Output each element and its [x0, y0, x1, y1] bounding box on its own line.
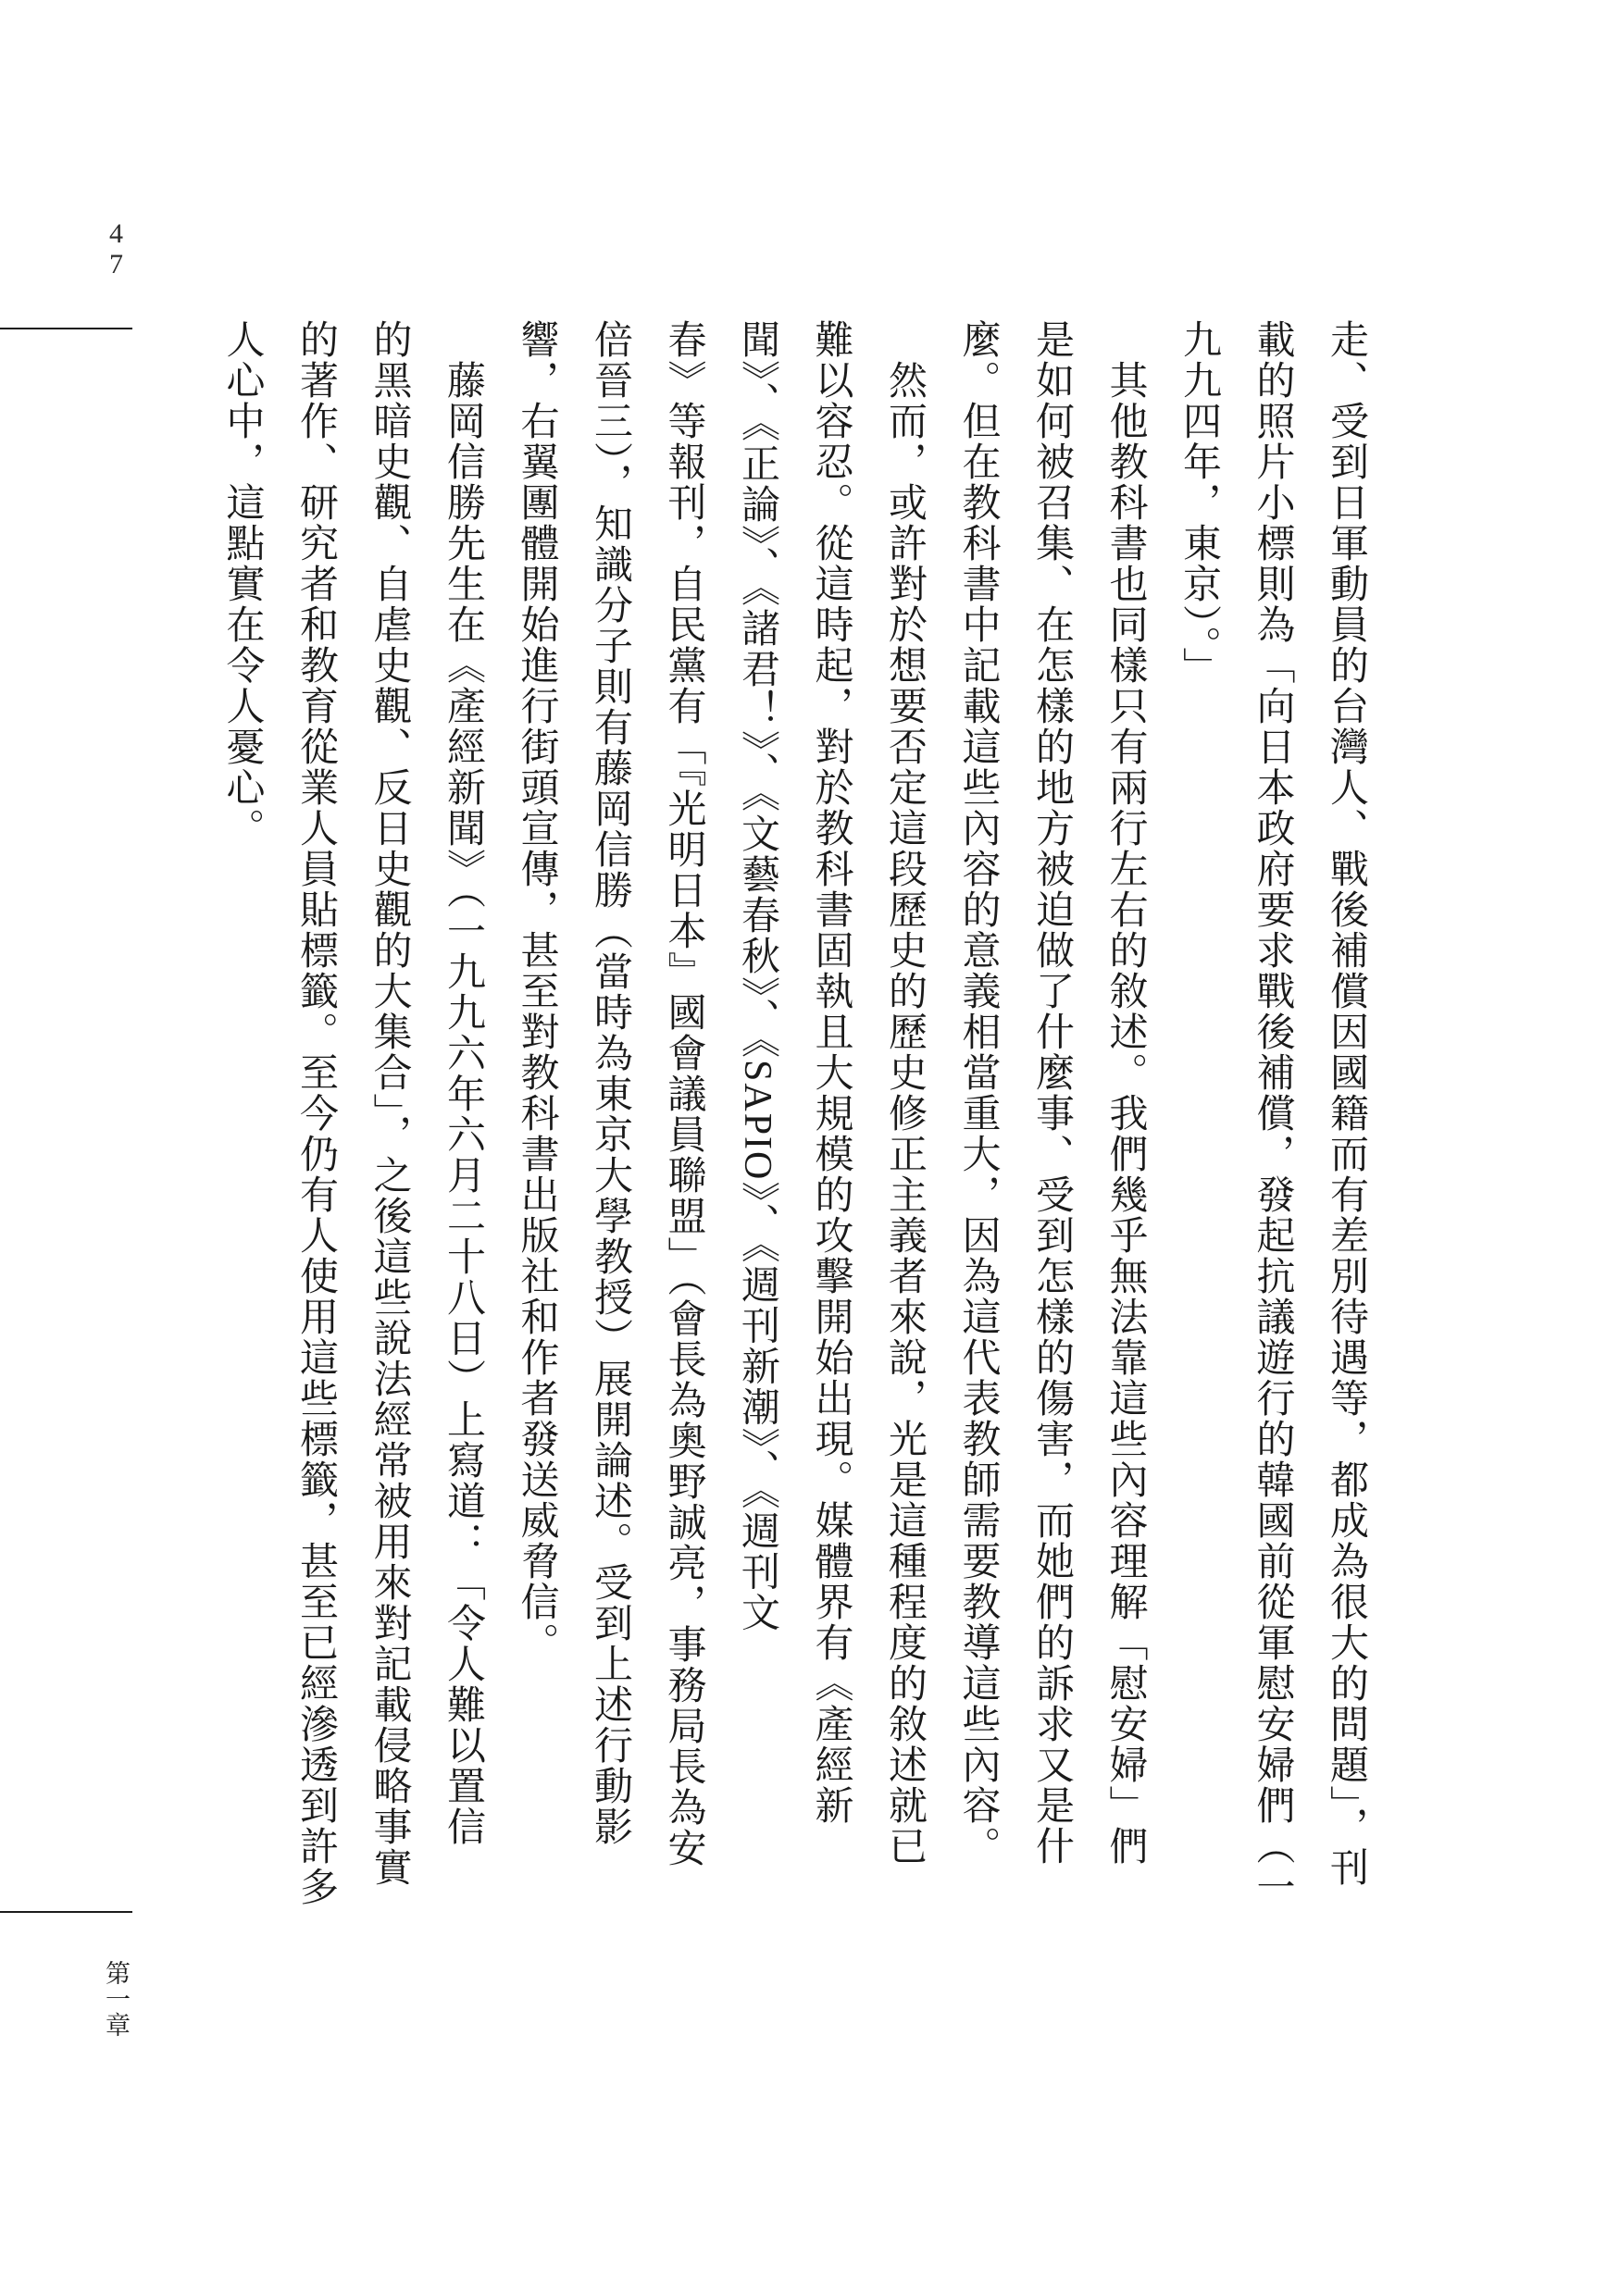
text-column: 聞》、《正論》、《諸君！》、《文藝春秋》、《SAPIO》、《週刊新潮》、《週刊文: [720, 319, 794, 1907]
text-column-paragraph-start: 然而，或許對於想要否定這段歷史的歷史修正主義者來說，光是這種程度的敘述就已: [867, 319, 941, 1948]
text-column: 的黑暗史觀、自虐史觀、反日史觀的大集合」，之後這些說法經常被用來對記載侵略事實: [352, 319, 426, 1907]
text-column: 麼。但在教科書中記載這些內容的意義相當重大，因為這代表教師需要教導這些內容。: [940, 319, 1015, 1907]
text-column-paragraph-start: 藤岡信勝先生在《產經新聞》（一九九六年六月二十八日）上寫道：「令人難以置信: [426, 319, 500, 1948]
text-column: 走、受到日軍動員的台灣人、戰後補償因國籍而有差別待遇等，都成為很大的問題」，刊: [1309, 319, 1383, 1907]
text-column-paragraph-start: 其他教科書也同樣只有兩行左右的敘述。我們幾乎無法靠這些內容理解「慰安婦」們: [1088, 319, 1162, 1948]
text-column: 響，右翼團體開始進行街頭宣傳，甚至對教科書出版社和作者發送威脅信。: [499, 319, 573, 1907]
page-number: 47: [102, 218, 130, 279]
text-column: 是如何被召集、在怎樣的地方被迫做了什麼事、受到怎樣的傷害，而她們的訴求又是什: [1015, 319, 1089, 1907]
text-column: 難以容忍。從這時起，對於教科書固執且大規模的攻擊開始出現。媒體界有《產經新: [793, 319, 867, 1907]
text-column: 倍晉三），知識分子則有藤岡信勝（當時為東京大學教授）展開論述。受到上述行動影: [573, 319, 647, 1907]
main-text-block: 走、受到日軍動員的台灣人、戰後補償因國籍而有差別待遇等，都成為很大的問題」，刊 …: [205, 319, 1382, 1907]
book-page: 47 走、受到日軍動員的台灣人、戰後補償因國籍而有差別待遇等，都成為很大的問題」…: [0, 0, 1619, 2296]
chapter-marker: 第一章: [102, 1960, 130, 2038]
text-column: 春》等報刊，自民黨有「『光明日本』國會議員聯盟」（會長為奧野誠亮，事務局長為安: [646, 319, 720, 1907]
top-edge-rule: [0, 328, 132, 329]
text-column: 人心中，這點實在令人憂心。: [205, 319, 279, 1907]
bottom-edge-rule: [0, 1911, 132, 1913]
text-column: 載的照片小標則為「向日本政府要求戰後補償，發起抗議遊行的韓國前從軍慰安婦們（一: [1235, 319, 1309, 1907]
text-column: 九九四年，東京）。」: [1162, 319, 1236, 1907]
text-column: 的著作、研究者和教育從業人員貼標籤。至今仍有人使用這些標籤，甚至已經滲透到許多: [279, 319, 353, 1907]
